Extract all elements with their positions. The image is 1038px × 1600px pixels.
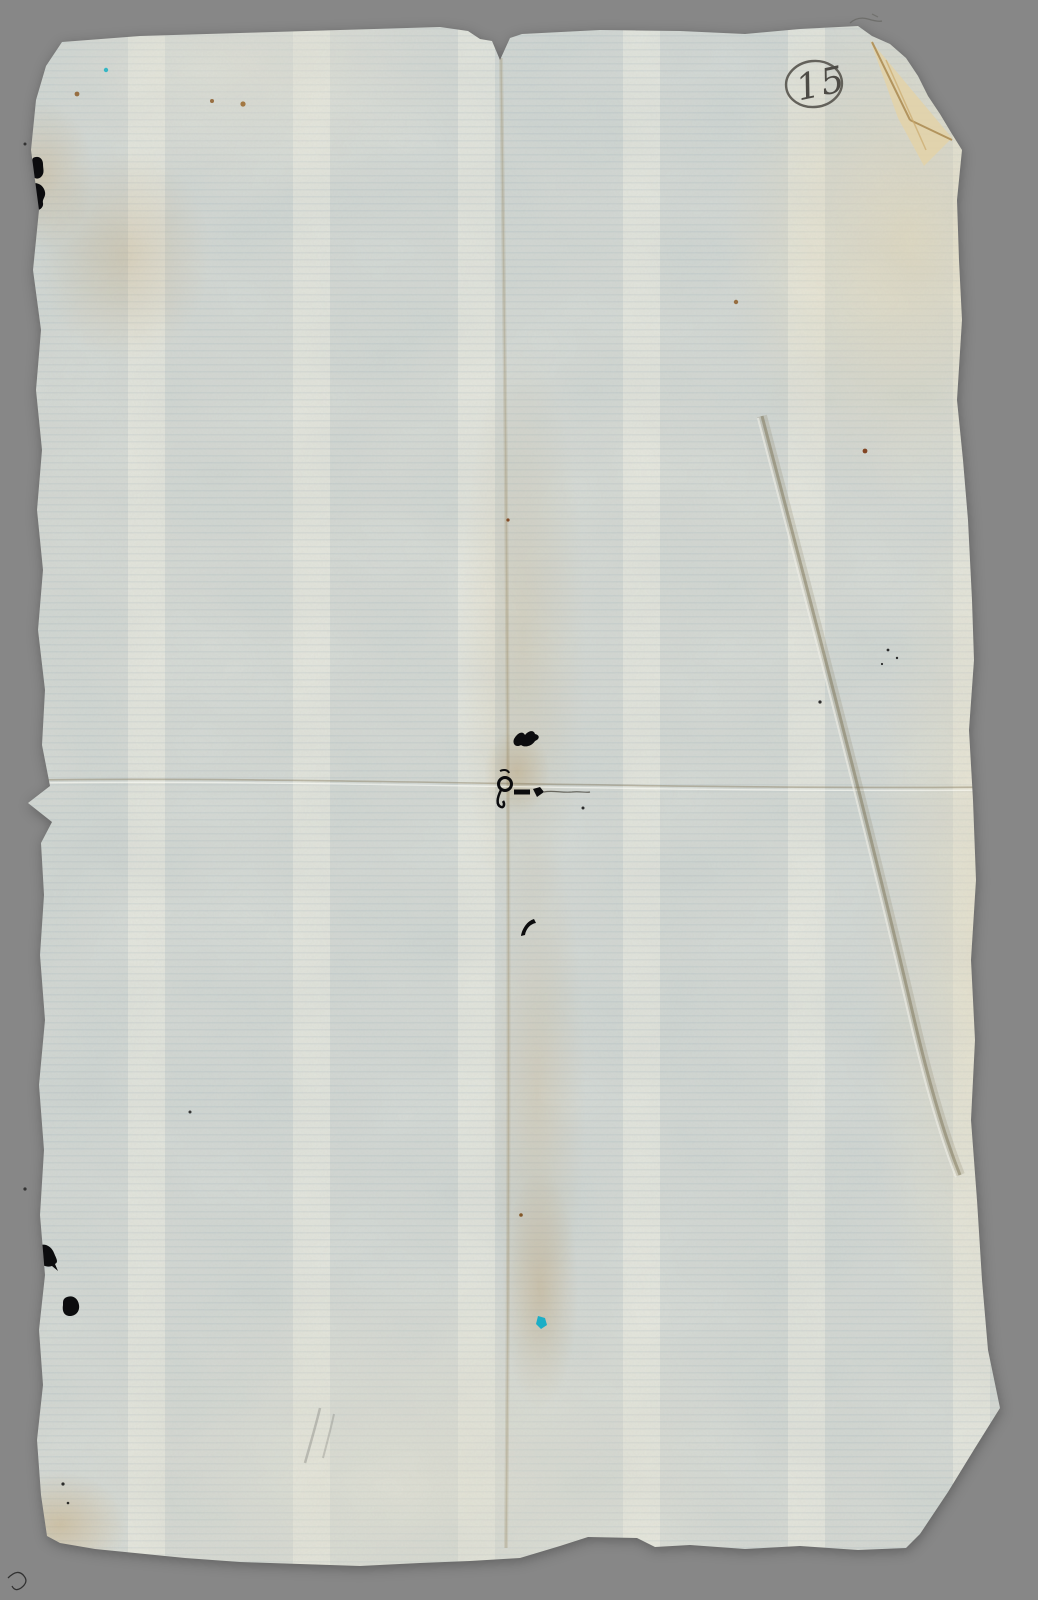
ink-diamond [533,787,544,797]
rust-speck [519,1213,523,1217]
corner-fold-crease-2 [910,120,952,140]
ink-blot-left-bottom-2 [63,1296,79,1316]
pencil-circle [784,58,845,110]
ink-speck [887,649,890,652]
ink-speck [67,1502,70,1505]
ink-speck [881,663,883,665]
ink-tick-above-ring [500,770,509,773]
paper-sheet: 15 [0,0,1038,1600]
ink-blot-left-top-2 [27,183,45,210]
pencil-smudge-stroke [305,1408,320,1463]
rust-speck [863,449,868,454]
ink-speck [818,700,821,703]
diagonal-crease-highlight [758,418,956,1177]
corner-fold-crease-1 [872,42,910,120]
scanner-background: 15 [0,0,1038,1600]
corner-fold-crease-3 [886,60,926,150]
rust-speck [240,101,245,106]
ink-blot-left-bottom-1 [36,1245,58,1271]
ink-speck [61,1482,64,1485]
vertical-fold-crease [501,58,509,1548]
ink-speck [582,807,585,810]
diagonal-crease-soft [762,416,960,1175]
rust-speck [210,99,214,103]
ink-blot-center-top [513,731,538,746]
cyan-fleck-bottom [536,1316,547,1329]
horizontal-crease [38,779,996,787]
paper-texture-and-marks: 15 [0,0,1038,1600]
rust-speck [734,300,738,304]
horizontal-crease-highlight [38,782,996,790]
pencil-smudge-stroke [323,1414,334,1458]
ink-blot-left-top-1 [32,157,44,179]
rust-speck [506,518,509,521]
ink-crack-line [544,791,590,792]
paper-mottle-texture [0,0,1038,1600]
paper-shadow-wrap: 15 [0,0,1038,1600]
paper-grain-texture [0,0,1038,1600]
diagonal-crease [762,416,960,1175]
ink-speck [896,657,898,659]
rust-speck [75,92,80,97]
ink-speck [189,1111,192,1114]
ink-ring-center [499,778,512,791]
vertical-fold-crease-core [501,58,509,1548]
ink-descender [498,790,504,807]
corner-fold [870,40,952,166]
cyan-fleck-top [104,68,108,72]
ink-comma-mark [521,919,536,936]
page-number-annotation: 15 [792,59,849,109]
